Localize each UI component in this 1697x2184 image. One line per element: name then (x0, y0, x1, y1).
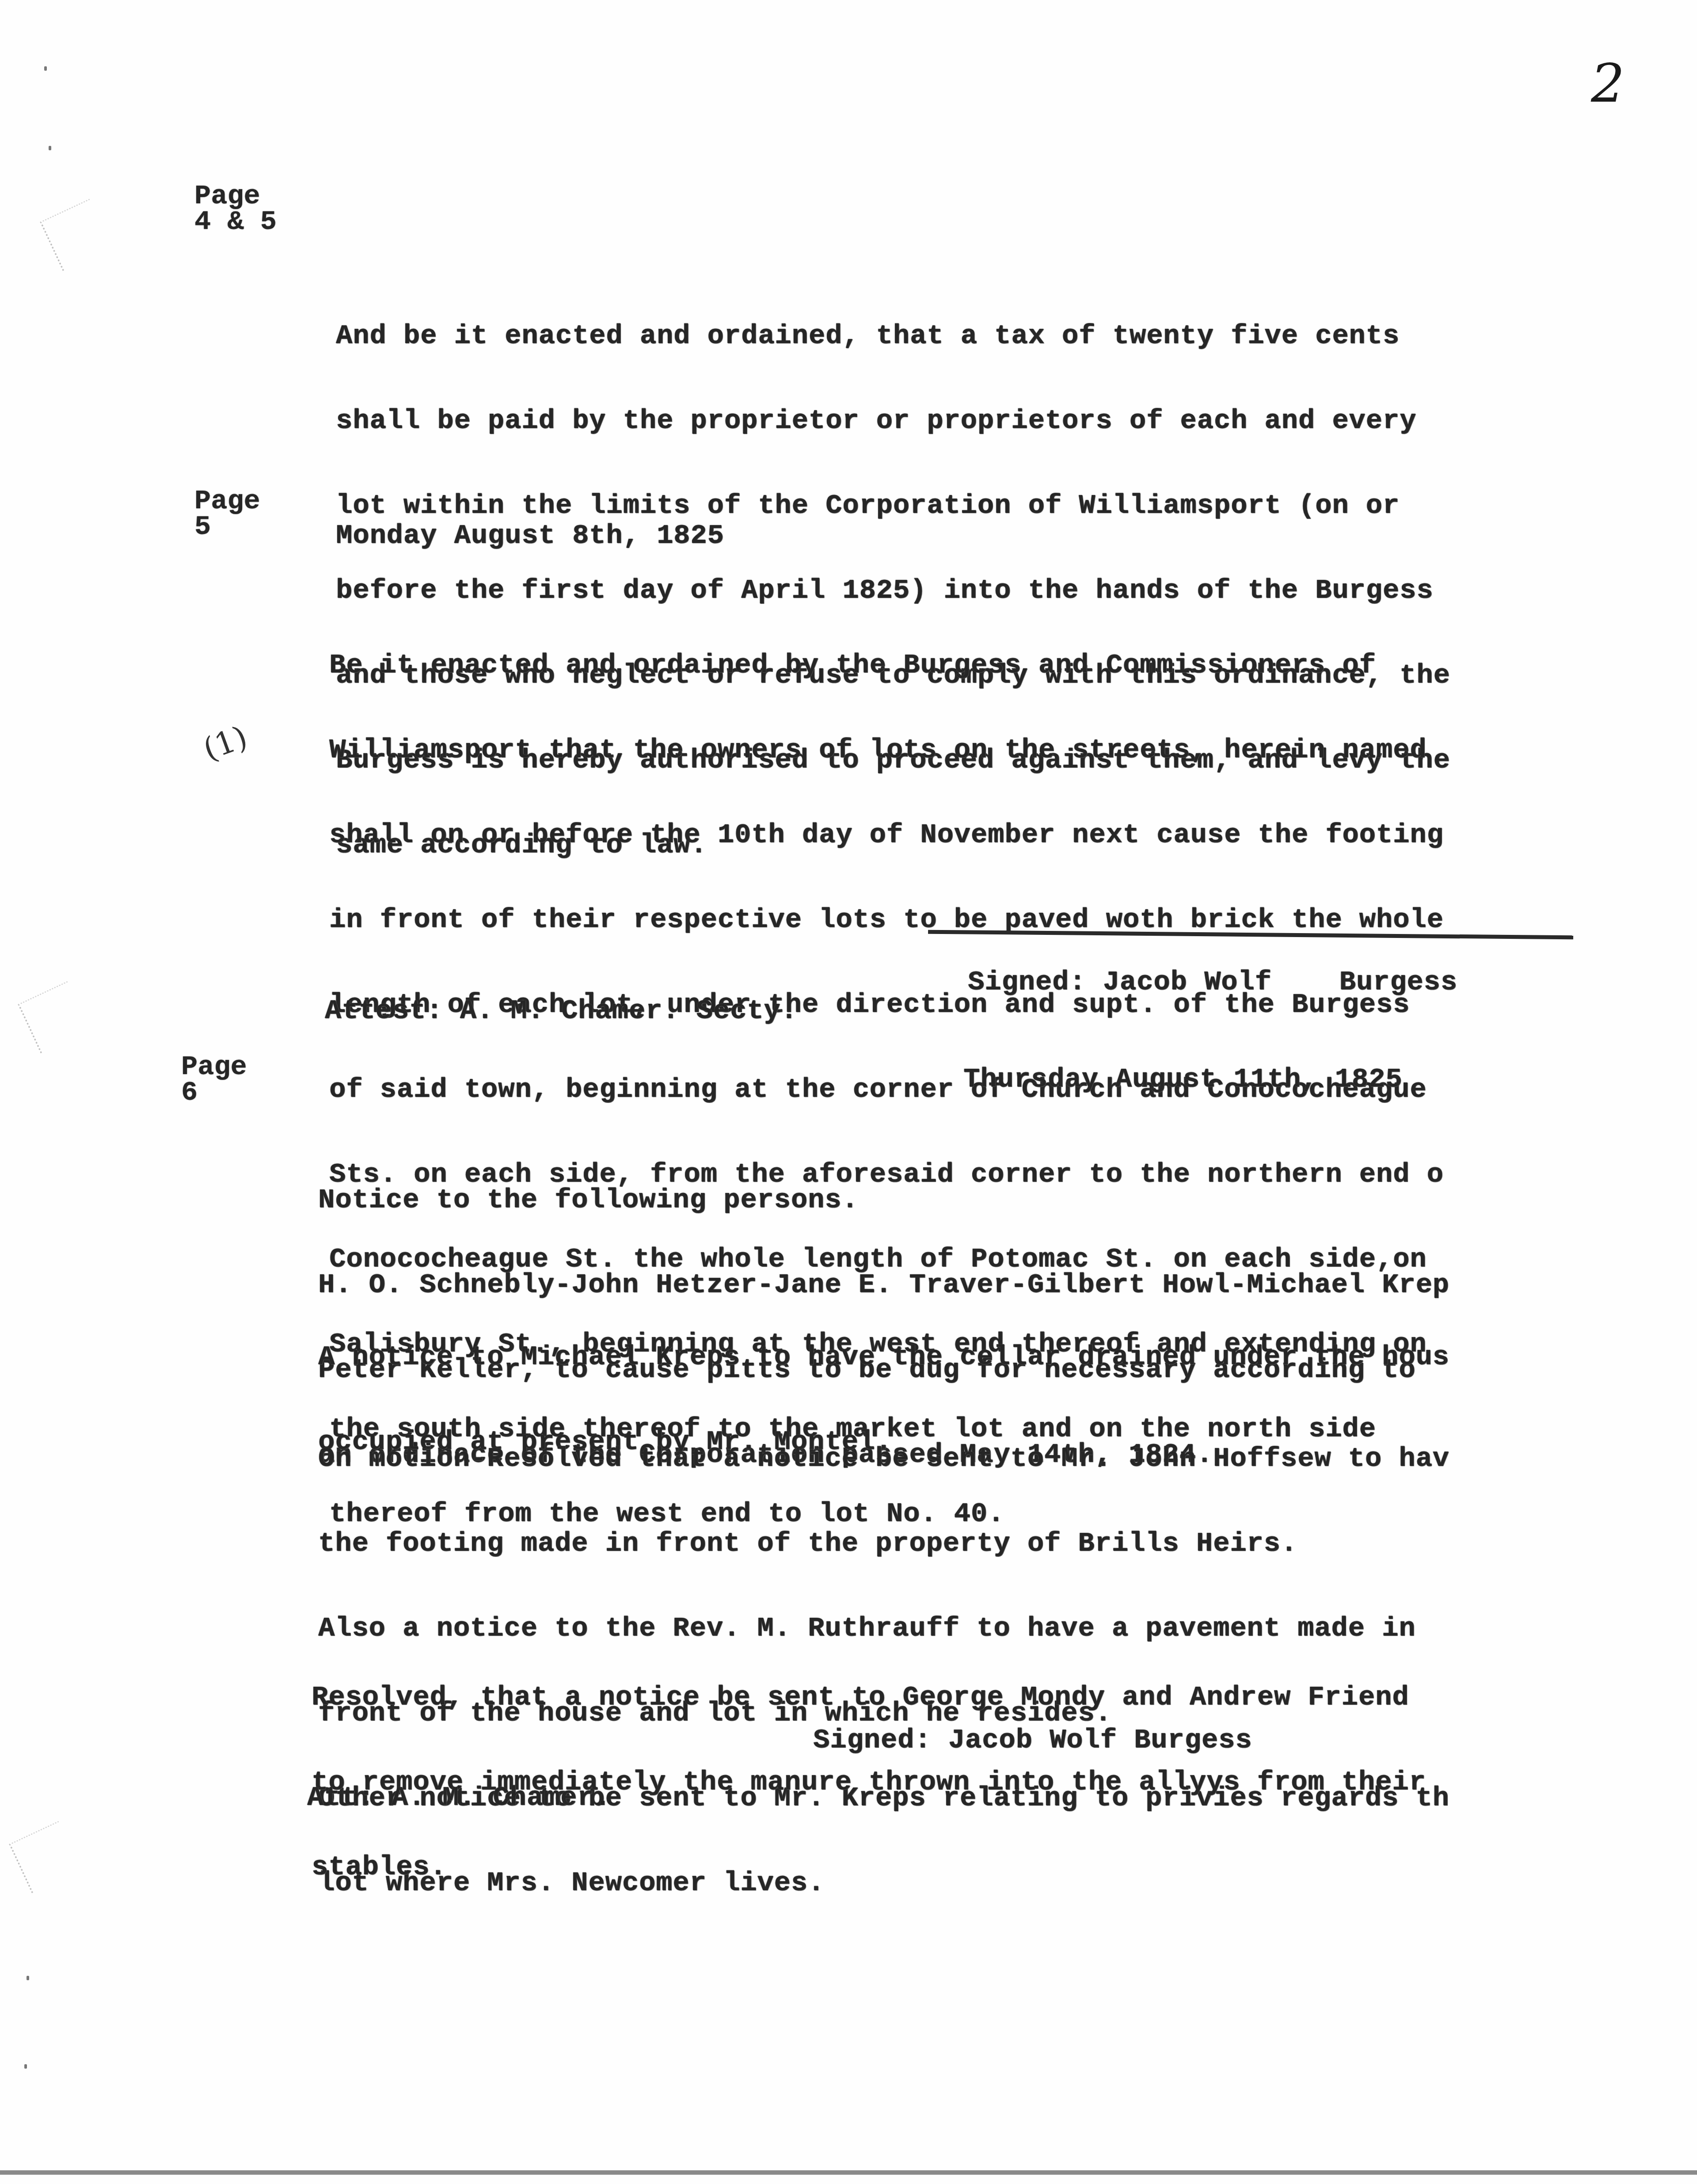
line: Resolved, that a notice be sent to Georg… (312, 1683, 1426, 1711)
attest-line: Att: A. M. Chamer. (307, 1784, 611, 1812)
date-heading: Monday August 8th, 1825 (336, 522, 724, 550)
attest-line: Attest: A. M. Chamer. Secty. (325, 997, 798, 1025)
margin-scribble (9, 1821, 81, 1894)
line: A notice to Michael Kreps to have the ce… (318, 1343, 1450, 1371)
signature-line: Signed: Jacob Wolf Burgess (968, 968, 1457, 996)
page-number: 2 (1591, 53, 1625, 114)
line: stables. (312, 1853, 1426, 1881)
handwritten-annotation: (1) (198, 719, 252, 768)
line: Notice to the following persons. (318, 1186, 1450, 1214)
line: in front of their respective lots to be … (329, 906, 1444, 934)
speck (27, 1976, 29, 1980)
speck (24, 2064, 27, 2069)
line: the footing made in front of the propert… (318, 1529, 1450, 1558)
line: lot within the limits of the Corporation… (336, 492, 1450, 520)
scanned-document-page: 2 Page 4 & 5 And be it enacted and ordai… (0, 0, 1697, 2184)
date-heading: Thursday August 11th, 1825 (963, 1065, 1402, 1094)
speck (44, 66, 47, 71)
margin-scribble (40, 199, 112, 271)
line: On motion-Resolved that a notice be sent… (318, 1445, 1450, 1473)
margin-label-page-4-5: Page 4 & 5 (194, 183, 277, 235)
signature-line: Signed: Jacob Wolf Burgess (813, 1726, 1252, 1754)
line: shall on or before the 10th day of Novem… (329, 821, 1444, 849)
line: Be it enacted and ordained by the Burges… (329, 651, 1444, 679)
speck (49, 146, 51, 150)
scan-edge-line (0, 2170, 1697, 2175)
margin-label-page-6: Page 6 (181, 1054, 247, 1105)
line: And be it enacted and ordained, that a t… (336, 322, 1450, 350)
margin-label-page-5: Page 5 (194, 488, 260, 540)
line: shall be paid by the proprietor or propr… (336, 407, 1450, 435)
margin-scribble (18, 981, 90, 1054)
line: Williamsport that the owners of lots on … (329, 736, 1444, 764)
